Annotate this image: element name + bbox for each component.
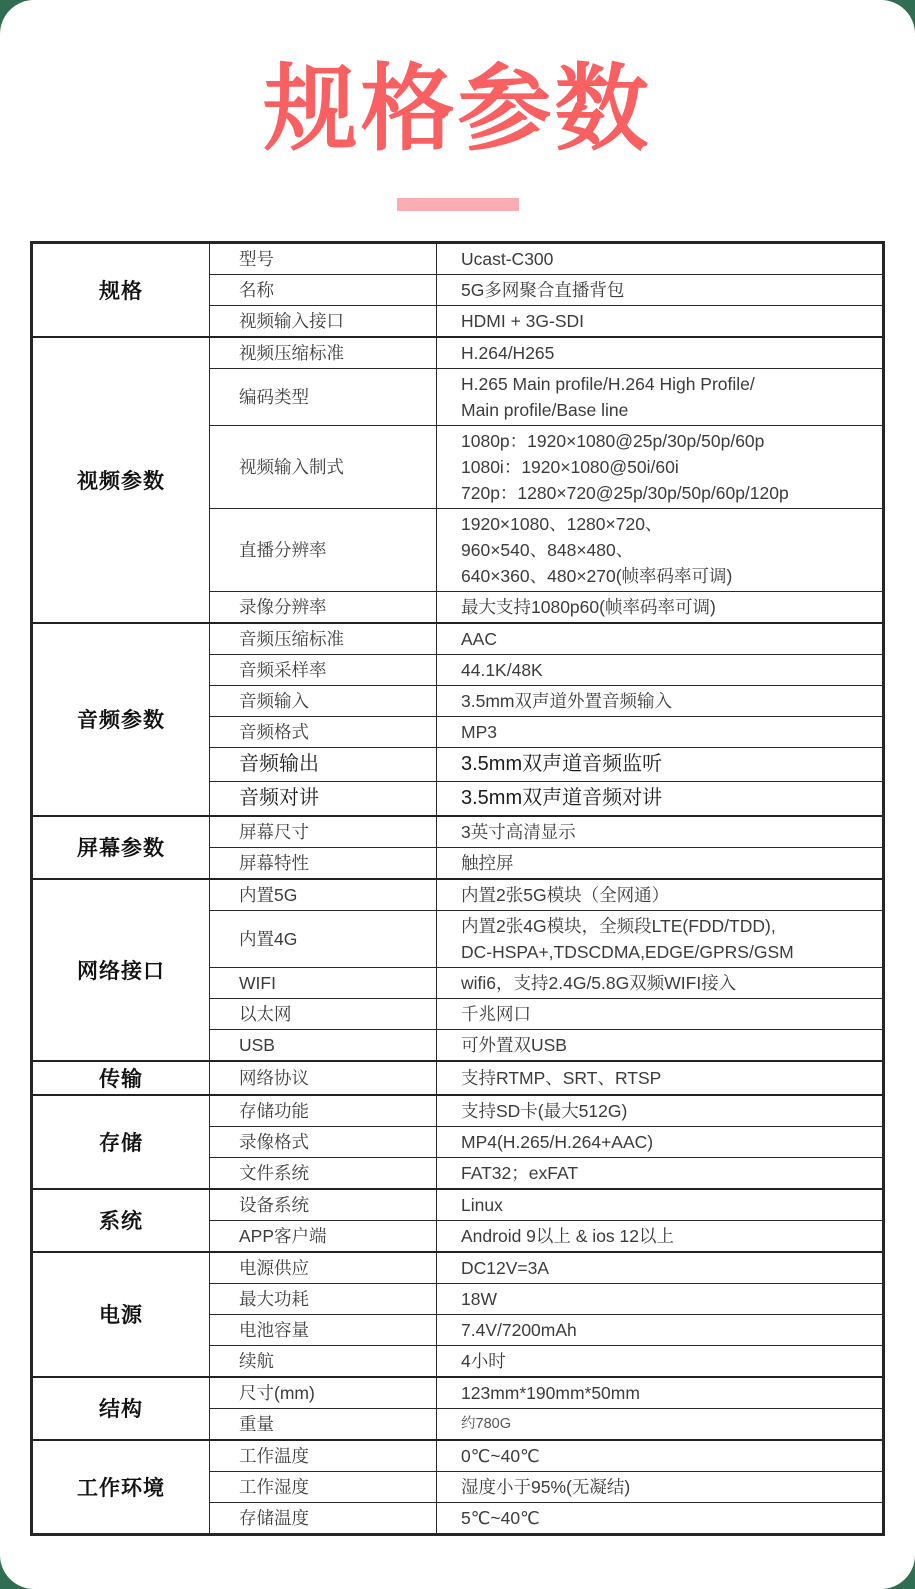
spec-param-cell: 录像格式 [210,1126,437,1157]
spec-category-cell: 工作环境 [32,1440,210,1535]
spec-value-cell: 1080p：1920×1080@25p/30p/50p/60p1080i：192… [437,425,884,508]
spec-value-cell: 内置2张5G模块（全网通） [437,879,884,911]
spec-value-line: Ucast-C300 [461,246,878,272]
spec-value-line: 千兆网口 [461,1001,878,1027]
spec-value-cell: MP4(H.265/H.264+AAC) [437,1126,884,1157]
spec-param-cell: 直播分辨率 [210,508,437,591]
spec-category-cell: 电源 [32,1252,210,1377]
spec-param-cell: 屏幕尺寸 [210,816,437,848]
spec-param-cell: 音频格式 [210,716,437,747]
spec-value-cell: FAT32；exFAT [437,1157,884,1189]
spec-value-line: 4小时 [461,1348,878,1374]
spec-value-cell: AAC [437,623,884,655]
spec-param-cell: 录像分辨率 [210,591,437,623]
spec-value-line: MP3 [461,719,878,745]
spec-param-cell: 音频输入 [210,685,437,716]
spec-value-line: 3.5mm双声道音频监听 [461,750,878,779]
spec-value-cell: Android 9以上 & ios 12以上 [437,1220,884,1252]
spec-row: 系统设备系统Linux [32,1189,884,1221]
spec-value-line: 5℃~40℃ [461,1505,878,1531]
spec-param-cell: 电池容量 [210,1314,437,1345]
spec-value-line: 1920×1080、1280×720、 [461,511,878,537]
spec-value-line: 内置2张5G模块（全网通） [461,882,878,908]
spec-value-cell: DC12V=3A [437,1252,884,1284]
spec-value-line: Linux [461,1192,878,1218]
spec-value-cell: 可外置双USB [437,1029,884,1061]
spec-row: 网络接口内置5G内置2张5G模块（全网通） [32,879,884,911]
spec-value-line: 支持RTMP、SRT、RTSP [461,1065,878,1091]
spec-value-line: 44.1K/48K [461,657,878,683]
spec-value-line: 1080i：1920×1080@50i/60i [461,454,878,480]
page-title: 规格参数 [0,0,915,160]
spec-param-cell: 工作温度 [210,1440,437,1472]
spec-value-line: 1080p：1920×1080@25p/30p/50p/60p [461,428,878,454]
spec-category-cell: 网络接口 [32,879,210,1061]
spec-row: 存储存储功能支持SD卡(最大512G) [32,1095,884,1127]
spec-param-cell: 工作湿度 [210,1471,437,1502]
spec-sheet-page: 规格参数 规格型号Ucast-C300名称5G多网聚合直播背包视频输入接口HDM… [0,0,915,1589]
spec-value-cell: 触控屏 [437,847,884,879]
spec-param-cell: 电源供应 [210,1252,437,1284]
spec-param-cell: 续航 [210,1345,437,1377]
spec-value-line: 最大支持1080p60(帧率码率可调) [461,594,878,620]
spec-category-cell: 结构 [32,1377,210,1440]
spec-value-cell: 123mm*190mm*50mm [437,1377,884,1409]
spec-value-line: wifi6，支持2.4G/5.8G双频WIFI接入 [461,970,878,996]
spec-value-line: H.264/H265 [461,340,878,366]
spec-param-cell: 尺寸(mm) [210,1377,437,1409]
spec-value-cell: Ucast-C300 [437,242,884,274]
spec-value-cell: 3.5mm双声道外置音频输入 [437,685,884,716]
spec-param-cell: 视频输入接口 [210,305,437,337]
spec-param-cell: 重量 [210,1408,437,1440]
spec-value-cell: 1920×1080、1280×720、960×540、848×480、640×3… [437,508,884,591]
spec-value-cell: 4小时 [437,1345,884,1377]
spec-value-line: Main profile/Base line [461,397,878,423]
spec-value-line: H.265 Main profile/H.264 High Profile/ [461,371,878,397]
spec-value-line: 3英寸高清显示 [461,819,878,845]
spec-value-line: 支持SD卡(最大512G) [461,1098,878,1124]
spec-value-line: DC-HSPA+,TDSCDMA,EDGE/GPRS/GSM [461,939,878,965]
spec-param-cell: 音频输出 [210,747,437,781]
spec-param-cell: 存储功能 [210,1095,437,1127]
spec-value-cell: 5℃~40℃ [437,1502,884,1534]
spec-category-cell: 视频参数 [32,337,210,623]
spec-value-cell: 3英寸高清显示 [437,816,884,848]
spec-param-cell: 屏幕特性 [210,847,437,879]
spec-value-cell: 湿度小于95%(无凝结) [437,1471,884,1502]
spec-value-line: 640×360、480×270(帧率码率可调) [461,563,878,589]
spec-value-cell: 44.1K/48K [437,654,884,685]
spec-table-body: 规格型号Ucast-C300名称5G多网聚合直播背包视频输入接口HDMI + 3… [32,242,884,1534]
spec-value-line: 3.5mm双声道音频对讲 [461,784,878,813]
spec-category-cell: 系统 [32,1189,210,1252]
spec-value-cell: 3.5mm双声道音频监听 [437,747,884,781]
spec-value-line: 720p：1280×720@25p/30p/50p/60p/120p [461,480,878,506]
spec-value-cell: 支持RTMP、SRT、RTSP [437,1061,884,1095]
spec-param-cell: 文件系统 [210,1157,437,1189]
spec-value-line: 960×540、848×480、 [461,537,878,563]
spec-param-cell: 内置4G [210,910,437,967]
spec-value-cell: Linux [437,1189,884,1221]
spec-value-line: 可外置双USB [461,1032,878,1058]
spec-row: 工作环境工作温度0℃~40℃ [32,1440,884,1472]
spec-param-cell: 编码类型 [210,368,437,425]
spec-value-line: 3.5mm双声道外置音频输入 [461,688,878,714]
spec-category-cell: 传输 [32,1061,210,1095]
spec-value-line: 湿度小于95%(无凝结) [461,1474,878,1500]
spec-param-cell: 型号 [210,242,437,274]
spec-param-cell: 最大功耗 [210,1283,437,1314]
spec-value-line: Android 9以上 & ios 12以上 [461,1223,878,1249]
spec-row: 屏幕参数屏幕尺寸3英寸高清显示 [32,816,884,848]
spec-param-cell: 存储温度 [210,1502,437,1534]
spec-value-line: 约780G [461,1411,878,1437]
spec-value-cell: 7.4V/7200mAh [437,1314,884,1345]
spec-value-line: 18W [461,1286,878,1312]
spec-value-line: DC12V=3A [461,1255,878,1281]
spec-row: 传输网络协议支持RTMP、SRT、RTSP [32,1061,884,1095]
spec-value-line: FAT32；exFAT [461,1160,878,1186]
spec-row: 规格型号Ucast-C300 [32,242,884,274]
spec-row: 视频参数视频压缩标准H.264/H265 [32,337,884,369]
spec-param-cell: 音频采样率 [210,654,437,685]
spec-param-cell: WIFI [210,967,437,998]
spec-table: 规格型号Ucast-C300名称5G多网聚合直播背包视频输入接口HDMI + 3… [30,241,885,1536]
spec-row: 结构尺寸(mm)123mm*190mm*50mm [32,1377,884,1409]
spec-category-cell: 规格 [32,242,210,337]
spec-row: 音频参数音频压缩标准AAC [32,623,884,655]
spec-value-cell: 3.5mm双声道音频对讲 [437,781,884,816]
spec-param-cell: USB [210,1029,437,1061]
spec-value-line: MP4(H.265/H.264+AAC) [461,1129,878,1155]
spec-param-cell: 视频输入制式 [210,425,437,508]
spec-value-line: 5G多网聚合直播背包 [461,277,878,303]
spec-param-cell: 以太网 [210,998,437,1029]
spec-value-cell: 18W [437,1283,884,1314]
title-underline-bar [397,198,519,211]
spec-row: 电源电源供应DC12V=3A [32,1252,884,1284]
spec-value-cell: H.265 Main profile/H.264 High Profile/Ma… [437,368,884,425]
spec-param-cell: 名称 [210,274,437,305]
spec-category-cell: 音频参数 [32,623,210,816]
spec-value-cell: 千兆网口 [437,998,884,1029]
spec-value-line: 内置2张4G模块，全频段LTE(FDD/TDD), [461,913,878,939]
spec-value-cell: 5G多网聚合直播背包 [437,274,884,305]
spec-param-cell: APP客户端 [210,1220,437,1252]
spec-category-cell: 屏幕参数 [32,816,210,879]
spec-value-cell: 最大支持1080p60(帧率码率可调) [437,591,884,623]
spec-value-cell: wifi6，支持2.4G/5.8G双频WIFI接入 [437,967,884,998]
spec-param-cell: 音频对讲 [210,781,437,816]
spec-param-cell: 内置5G [210,879,437,911]
spec-value-line: 123mm*190mm*50mm [461,1380,878,1406]
spec-value-line: 触控屏 [461,850,878,876]
spec-category-cell: 存储 [32,1095,210,1189]
spec-value-line: HDMI + 3G-SDI [461,308,878,334]
spec-value-cell: 0℃~40℃ [437,1440,884,1472]
spec-param-cell: 音频压缩标准 [210,623,437,655]
spec-value-cell: MP3 [437,716,884,747]
spec-param-cell: 设备系统 [210,1189,437,1221]
spec-value-cell: 约780G [437,1408,884,1440]
spec-value-line: AAC [461,626,878,652]
spec-value-cell: 内置2张4G模块，全频段LTE(FDD/TDD),DC-HSPA+,TDSCDM… [437,910,884,967]
spec-value-cell: 支持SD卡(最大512G) [437,1095,884,1127]
spec-param-cell: 视频压缩标准 [210,337,437,369]
spec-value-line: 7.4V/7200mAh [461,1317,878,1343]
spec-value-cell: HDMI + 3G-SDI [437,305,884,337]
spec-param-cell: 网络协议 [210,1061,437,1095]
spec-value-cell: H.264/H265 [437,337,884,369]
spec-value-line: 0℃~40℃ [461,1443,878,1469]
